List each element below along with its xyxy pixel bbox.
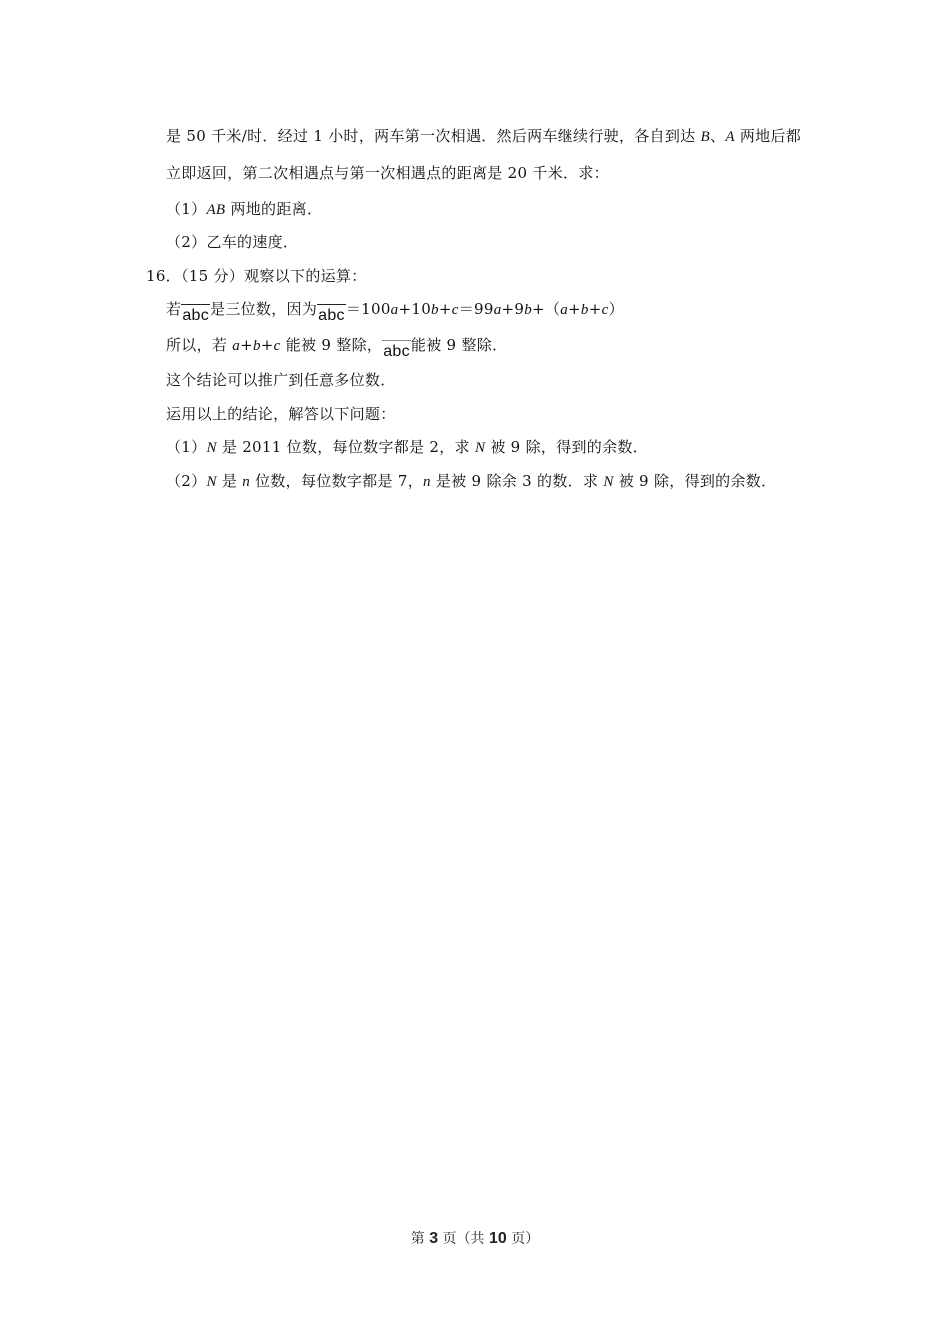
question-number: （1）	[166, 438, 206, 456]
text: +（	[532, 300, 560, 318]
var-B: B	[701, 129, 710, 145]
text: +	[240, 336, 253, 354]
document-page: 是 50 千米/时．经过 1 小时，两车第一次相遇．然后两车继续行驶，各自到达 …	[0, 0, 950, 1344]
p15-question-1: （1）AB 两地的距离．	[166, 199, 322, 220]
footer-text: 页（共	[438, 1231, 489, 1247]
text: 所以，若	[166, 336, 232, 354]
var-c: c	[274, 338, 281, 354]
question-text: 被 9 除，得到的余数．	[614, 472, 777, 490]
var-N: N	[475, 440, 485, 456]
problem-number: 16．	[146, 267, 181, 285]
text: +	[568, 300, 581, 318]
text: +	[439, 300, 452, 318]
question-text: 位数，每位数字都是 7，	[250, 472, 423, 490]
p15-text: 是 50 千米/时．经过 1 小时，两车第一次相遇．然后两车继续行驶，各自到达	[166, 127, 701, 145]
total-pages-number: 10	[489, 1230, 507, 1247]
question-number: （1）	[166, 200, 206, 218]
var-N: N	[206, 474, 216, 490]
var-b: b	[581, 302, 589, 318]
p16-line4: 运用以上的结论，解答以下问题：	[166, 404, 396, 424]
var-a: a	[232, 338, 240, 354]
question-text: 是被 9 除余 3 的数．求	[431, 472, 604, 490]
footer-text: 第	[411, 1231, 429, 1247]
var-b: b	[524, 302, 532, 318]
overline-abc: abc	[317, 304, 346, 324]
p16-header: 16．（15 分）观察以下的运算：	[146, 266, 367, 286]
p16-line1: 若abc是三位数，因为abc＝100a+10b+c＝99a+9b+（a+b+c）	[166, 299, 624, 324]
p16-line2: 所以，若 a+b+c 能被 9 整除，abc能被 9 整除．	[166, 335, 507, 360]
text: +	[589, 300, 602, 318]
p15-line2: 立即返回，第二次相遇点与第一次相遇点的距离是 20 千米．求：	[166, 163, 609, 183]
question-text: 被 9 除，得到的余数．	[485, 438, 648, 456]
separator: 、	[710, 127, 725, 145]
p15-text: 两地后都	[735, 127, 801, 145]
var-N: N	[206, 440, 216, 456]
text: +9	[502, 300, 525, 318]
page-footer: 第 3 页（共 10 页）	[0, 1230, 950, 1248]
var-a: a	[560, 302, 568, 318]
question-text: 是	[217, 472, 242, 490]
p16-line3: 这个结论可以推广到任意多位数．	[166, 370, 396, 390]
overline-abc: abc	[181, 304, 210, 324]
var-c: c	[452, 302, 459, 318]
p15-question-2: （2）乙车的速度．	[166, 232, 298, 252]
var-c: c	[602, 302, 609, 318]
question-text: 两地的距离．	[225, 200, 322, 218]
text: 能被 9 整除．	[411, 336, 507, 354]
text: +	[261, 336, 274, 354]
text: ＝99	[459, 300, 494, 318]
question-text: 是 2011 位数，每位数字都是 2，求	[217, 438, 475, 456]
var-N: N	[603, 474, 613, 490]
var-b: b	[253, 338, 261, 354]
var-A: A	[725, 129, 734, 145]
var-n: n	[423, 474, 431, 490]
var-n: n	[242, 474, 250, 490]
p16-question-2: （2）N 是 n 位数，每位数字都是 7，n 是被 9 除余 3 的数．求 N …	[166, 471, 776, 492]
text: ）	[609, 300, 624, 318]
problem-score-and-title: （15 分）观察以下的运算：	[181, 267, 367, 285]
var-a: a	[494, 302, 502, 318]
question-number: （2）	[166, 472, 206, 490]
text: +10	[398, 300, 431, 318]
footer-text: 页）	[507, 1231, 539, 1247]
current-page-number: 3	[429, 1230, 438, 1247]
text: 能被 9 整除，	[281, 336, 383, 354]
var-b: b	[431, 302, 439, 318]
text: ＝100	[346, 300, 391, 318]
overline-abc: abc	[382, 340, 411, 360]
var-AB: AB	[206, 202, 225, 218]
p15-line1: 是 50 千米/时．经过 1 小时，两车第一次相遇．然后两车继续行驶，各自到达 …	[166, 126, 801, 147]
text: 若	[166, 300, 181, 318]
text: 是三位数，因为	[210, 300, 317, 318]
p16-question-1: （1）N 是 2011 位数，每位数字都是 2，求 N 被 9 除，得到的余数．	[166, 437, 648, 458]
